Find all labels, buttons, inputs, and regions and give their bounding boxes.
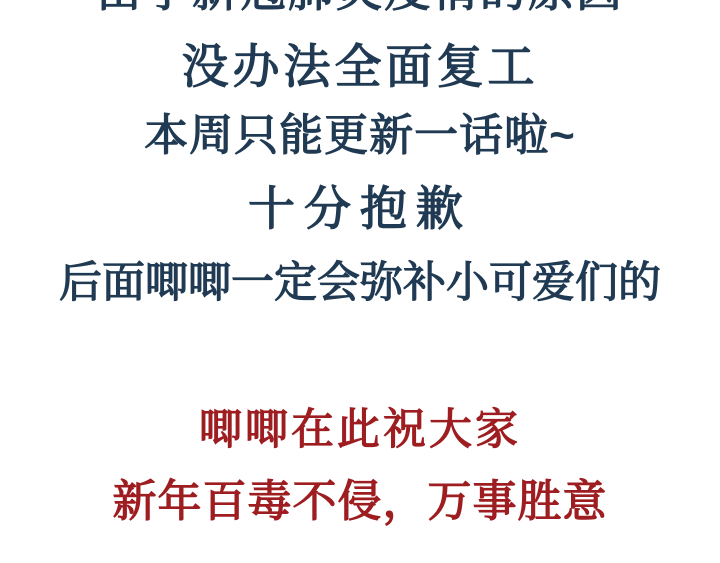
notice-line-epidemic-reason-cutoff: 由于新冠肺炎疫情的原因 (0, 0, 720, 17)
wish-line-new-year-blessing: 新年百毒不侵，万事胜意 (0, 477, 720, 528)
notice-line-cannot-fully-resume: 没办法全面复工 (0, 40, 720, 94)
notice-line-apology: 十分抱歉 (0, 182, 720, 236)
wish-line-greeting: 唧唧在此祝大家 (0, 406, 720, 455)
notice-line-make-it-up: 后面唧唧一定会弥补小可爱们的 (0, 259, 720, 308)
notice-line-one-chapter-this-week: 本周只能更新一话啦~ (0, 111, 720, 162)
notice-page: 由于新冠肺炎疫情的原因 没办法全面复工 本周只能更新一话啦~ 十分抱歉 后面唧唧… (0, 0, 720, 563)
